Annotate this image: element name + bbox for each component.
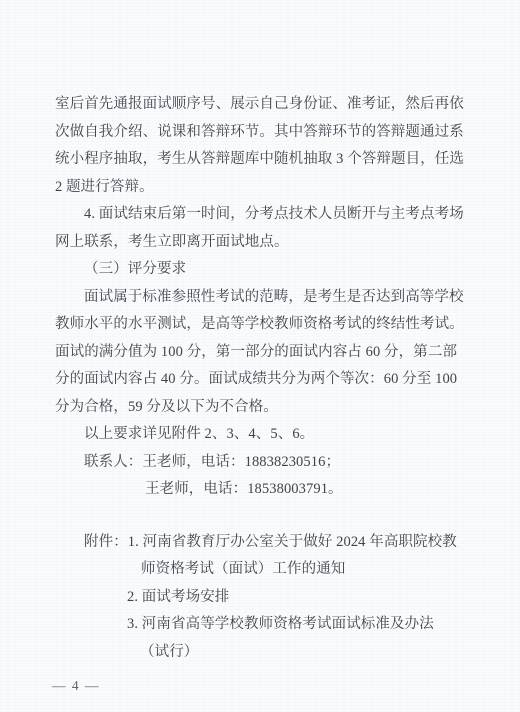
page-number: — 4 — <box>52 678 100 694</box>
body-line: 次做自我介绍、说课和答辩环节。其中答辩环节的答辩题通过系 <box>55 119 467 147</box>
body-line: 面试属于标准参照性考试的范畴，是考生是否达到高等学校 <box>55 284 467 312</box>
document-text-block: 室后首先通报面试顺序号、展示自己身份证、准考证，然后再依 次做自我介绍、说课和答… <box>55 91 467 666</box>
contact-line: 联系人：王老师，电话：18838230516； <box>55 449 467 477</box>
section-heading-scoring: （三）评分要求 <box>55 256 467 284</box>
body-line: 分为合格，59 分及以下为不合格。 <box>55 394 467 422</box>
body-line: 室后首先通报面试顺序号、展示自己身份证、准考证，然后再依 <box>55 91 467 119</box>
body-line: 教师水平的水平测试，是高等学校教师资格考试的终结性考试。 <box>55 311 467 339</box>
body-line: 面试的满分值为 100 分，第一部分的面试内容占 60 分，第二部 <box>55 339 467 367</box>
body-line: 2 题进行答辩。 <box>55 174 467 202</box>
attachment-line-3: 3. 河南省高等学校教师资格考试面试标准及办法 <box>55 611 467 639</box>
body-line-item-4: 4. 面试结束后第一时间，分考点技术人员断开与主考点考场 <box>55 201 467 229</box>
attachment-line-1: 附件：1. 河南省教育厅办公室关于做好 2024 年高职院校教 <box>55 529 467 557</box>
body-line: 网上联系，考生立即离开面试地点。 <box>55 229 467 257</box>
attachment-line-2: 2. 面试考场安排 <box>55 584 467 612</box>
contact-line: 王老师，电话：18538003791。 <box>55 476 467 504</box>
body-line-see-attachments: 以上要求详见附件 2、3、4、5、6。 <box>55 421 467 449</box>
body-line: 分的面试内容占 40 分。面试成绩共分为两个等次：60 分至 100 <box>55 366 467 394</box>
attachments-list: 附件：1. 河南省教育厅办公室关于做好 2024 年高职院校教 师资格考试（面试… <box>55 529 467 667</box>
attachment-line-3-cont: （试行） <box>55 639 467 667</box>
body-line: 统小程序抽取，考生从答辩题库中随机抽取 3 个答辩题目，任选 <box>55 146 467 174</box>
attachment-line-1-cont: 师资格考试（面试）工作的通知 <box>55 556 467 584</box>
